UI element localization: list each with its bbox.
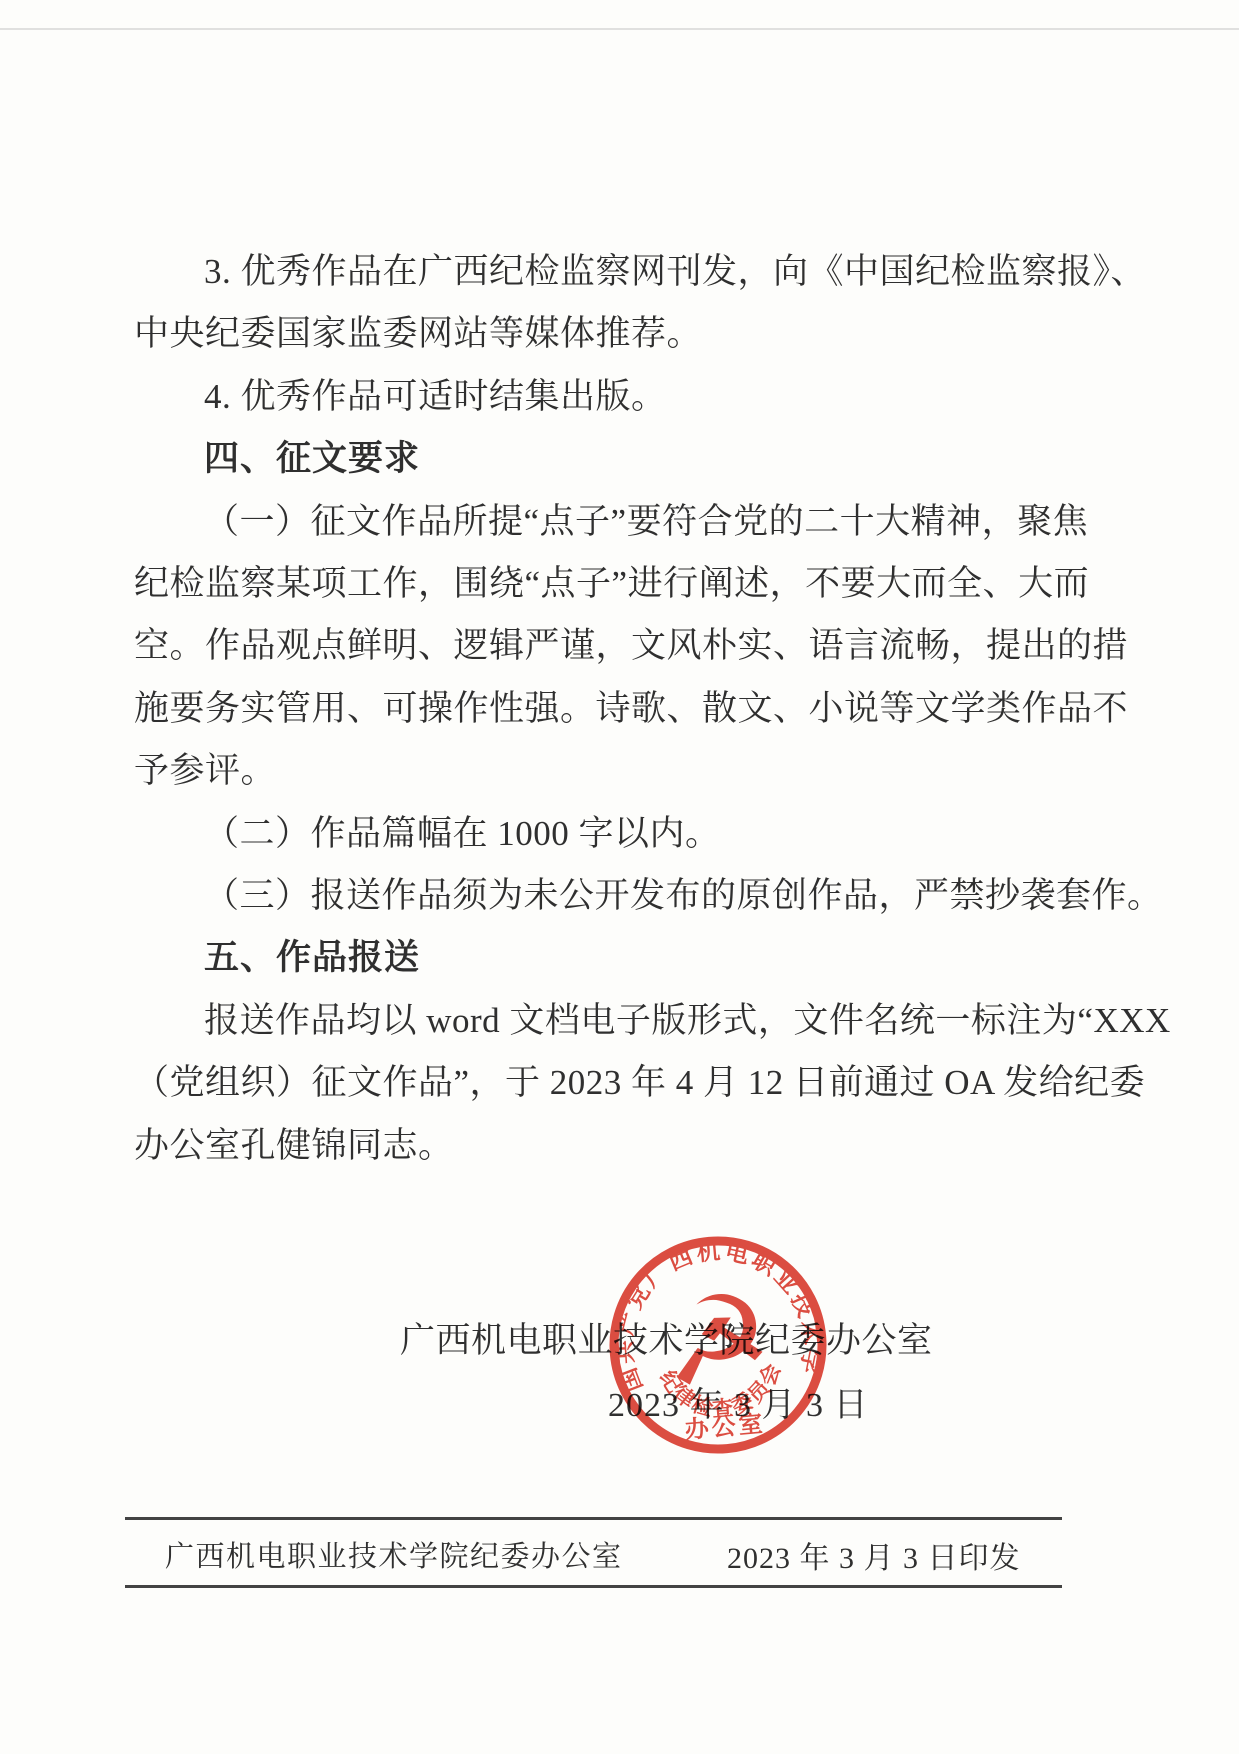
footer-print-date: 2023 年 3 月 3 日印发 xyxy=(727,1533,1021,1577)
footer-issuer: 广西机电职业技术学院纪委办公室 xyxy=(165,1534,623,1575)
footer-bottom-rule xyxy=(125,1585,1062,1588)
body-line: （一）征文作品所提“点子”要符合党的二十大精神，聚焦 xyxy=(134,491,1119,553)
body-line: 中央纪委国家监委网站等媒体推荐。 xyxy=(134,303,1119,365)
body-line: 予参评。 xyxy=(134,740,1119,802)
document-body: 3. 优秀作品在广西纪检监察网刊发，向《中国纪检监察报》、 中央纪委国家监委网站… xyxy=(134,241,1119,1177)
body-line: 纪检监察某项工作，围绕“点子”进行阐述，不要大而全、大而 xyxy=(134,553,1119,615)
section-heading-5: 五、作品报送 xyxy=(134,927,1119,989)
body-line: 空。作品观点鲜明、逻辑严谨，文风朴实、语言流畅，提出的措 xyxy=(134,615,1119,677)
body-line: 4. 优秀作品可适时结集出版。 xyxy=(134,366,1119,428)
section-heading-4: 四、征文要求 xyxy=(134,428,1119,490)
body-line: 办公室孔健锦同志。 xyxy=(134,1115,1119,1177)
footer-top-rule xyxy=(125,1517,1062,1520)
body-line: （三）报送作品须为未公开发布的原创作品，严禁抄袭套作。 xyxy=(134,865,1119,927)
body-line: 施要务实管用、可操作性强。诗歌、散文、小说等文学类作品不 xyxy=(134,678,1119,740)
body-line: 3. 优秀作品在广西纪检监察网刊发，向《中国纪检监察报》、 xyxy=(134,241,1119,303)
body-line: （党组织）征文作品”，于 2023 年 4 月 12 日前通过 OA 发给纪委 xyxy=(134,1052,1119,1114)
scan-artifact-line xyxy=(0,28,1239,30)
official-seal-stamp: ☭ 中国共产党广西机电职业技术学院 纪律检查委员会 办公室 xyxy=(583,1210,854,1481)
body-line: （二）作品篇幅在 1000 字以内。 xyxy=(134,803,1119,865)
body-line: 报送作品均以 word 文档电子版形式，文件名统一标注为“XXX xyxy=(134,990,1119,1052)
document-page: 3. 优秀作品在广西纪检监察网刊发，向《中国纪检监察报》、 中央纪委国家监委网站… xyxy=(0,0,1239,1754)
